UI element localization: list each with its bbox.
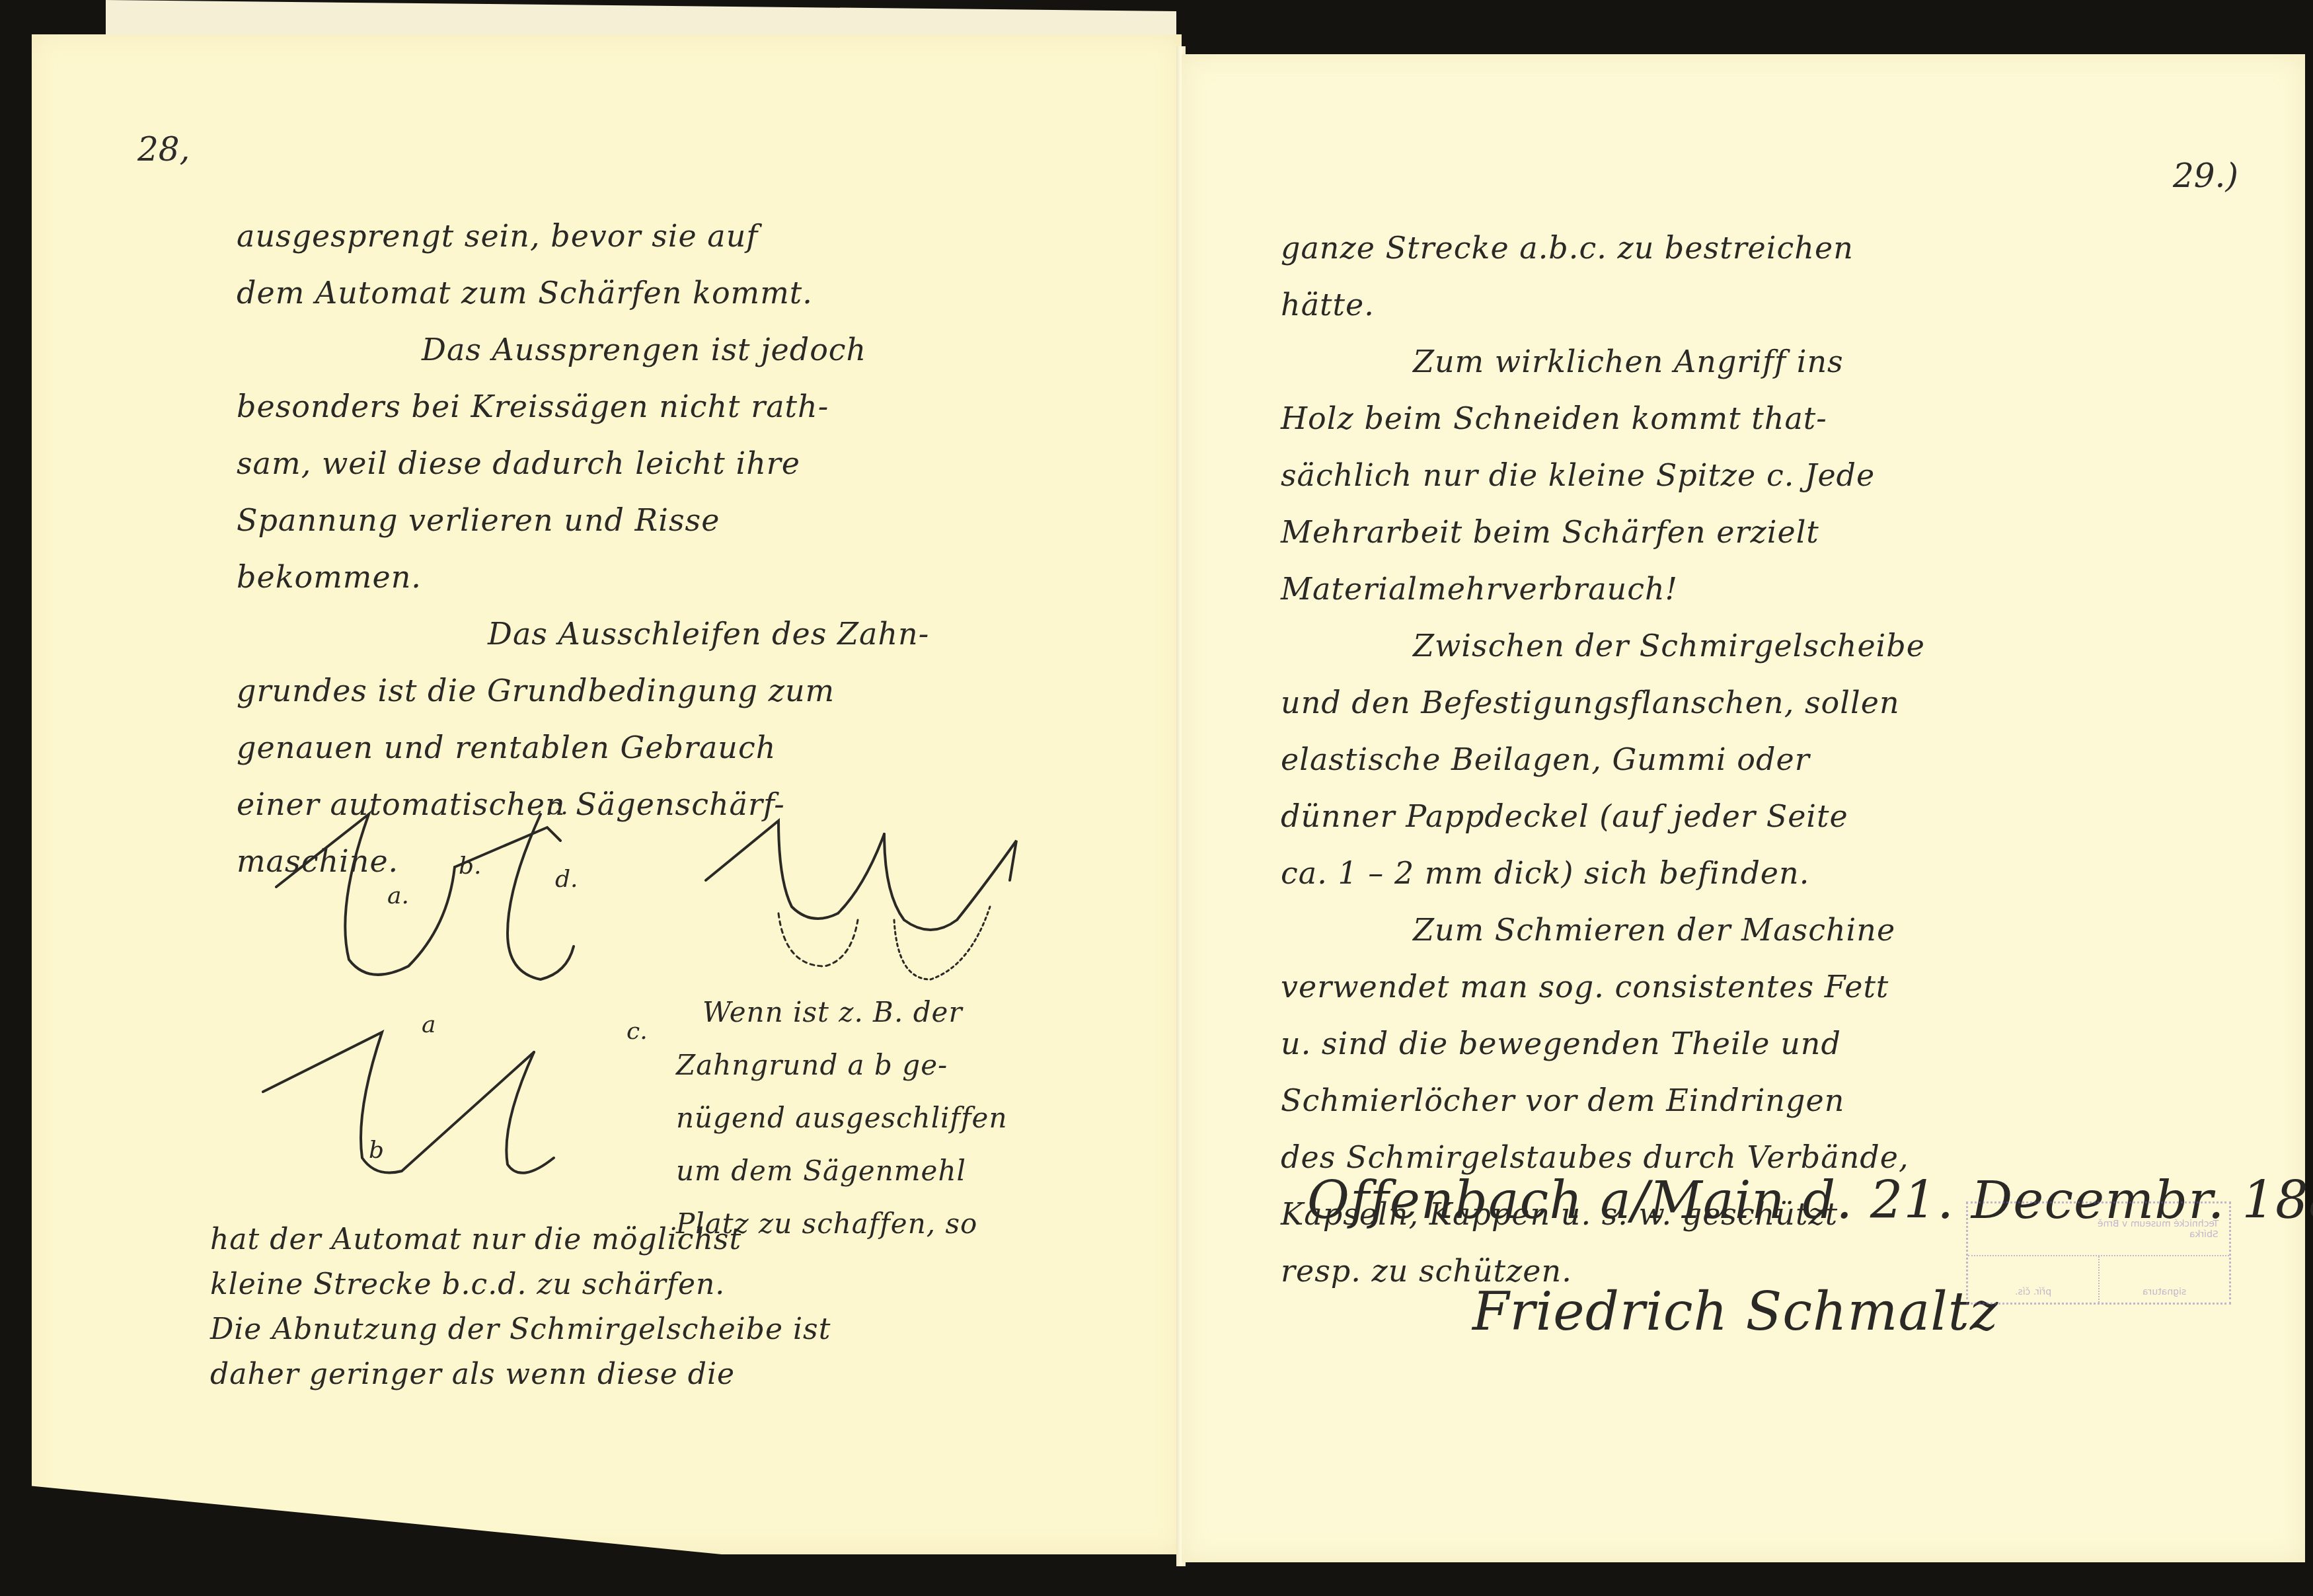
- text-line: Schmierlöcher vor dem Eindringen: [1281, 1072, 1925, 1129]
- text-line: Das Ausschleifen des Zahn-: [237, 605, 929, 662]
- label-c: c.: [547, 793, 568, 820]
- page-number-left: 28,: [137, 130, 190, 169]
- text-line: um dem Sägenmehl: [676, 1145, 1008, 1197]
- text-line: Mehrarbeit beim Schärfen erzielt: [1281, 504, 1925, 560]
- text-line: Zum wirklichen Angriff ins: [1281, 333, 1925, 390]
- label-a-bottom: a: [422, 1011, 436, 1038]
- text-line: genauen und rentablen Gebrauch: [237, 719, 929, 776]
- text-line: ca. 1 – 2 mm dick) sich befinden.: [1281, 845, 1925, 901]
- library-stamp: Technické museum v Brně Sbírka přír. čís…: [1966, 1201, 2231, 1305]
- label-b-bottom: b: [369, 1137, 384, 1164]
- text-line: ganze Strecke a.b.c. zu bestreichen: [1281, 219, 1925, 276]
- text-line: Wenn ist z. B. der: [676, 986, 1008, 1039]
- stamp-cell: signatura: [2142, 1287, 2186, 1297]
- label-b: b.: [459, 853, 482, 880]
- text-line: verwendet man sog. consistentes Fett: [1281, 958, 1925, 1015]
- stamp-cell: přír. čís.: [2015, 1287, 2051, 1297]
- text-line: u. sind die bewegenden Theile und: [1281, 1015, 1925, 1072]
- text-line: sächlich nur die kleine Spitze c. Jede: [1281, 447, 1925, 504]
- text-line: Das Aussprengen ist jedoch: [237, 321, 929, 378]
- label-a: a.: [387, 882, 409, 909]
- text-line: und den Befestigungsflanschen, sollen: [1281, 674, 1925, 731]
- text-line: elastische Beilagen, Gummi oder: [1281, 731, 1925, 788]
- text-line: sam, weil diese dadurch leicht ihre: [237, 435, 929, 492]
- text-line: kleine Strecke b.c.d. zu schärfen.: [210, 1262, 831, 1307]
- text-line: bekommen.: [237, 549, 929, 605]
- label-d: d.: [555, 866, 578, 893]
- side-text-block: Wenn ist z. B. der Zahngrund a b ge- nüg…: [676, 986, 1008, 1250]
- right-page: 29.) ganze Strecke a.b.c. zu bestreichen…: [1182, 54, 2305, 1562]
- text-line: ausgesprengt sein, bevor sie auf: [237, 208, 929, 264]
- stamp-line: Sbírka: [2189, 1229, 2218, 1240]
- right-text-block: ganze Strecke a.b.c. zu bestreichen hätt…: [1281, 219, 1925, 1299]
- text-line: Zwischen der Schmirgelscheibe: [1281, 617, 1925, 674]
- text-line: hätte.: [1281, 276, 1925, 333]
- text-line: daher geringer als wenn diese die: [210, 1352, 831, 1397]
- text-line: besonders bei Kreissägen nicht rath-: [237, 378, 929, 435]
- text-line: nügend ausgeschliffen: [676, 1092, 1008, 1145]
- text-line: hat der Automat nur die möglichst: [210, 1217, 831, 1262]
- text-line: Spannung verlieren und Risse: [237, 492, 929, 549]
- text-line: Zum Schmieren der Maschine: [1281, 901, 1925, 958]
- page-number-right: 29.): [2173, 157, 2238, 195]
- text-line: Holz beim Schneiden kommt that-: [1281, 390, 1925, 447]
- text-line: dem Automat zum Schärfen kommt.: [237, 264, 929, 321]
- signature: Friedrich Schmaltz: [1472, 1283, 1998, 1340]
- left-page: 28, ausgesprengt sein, bevor sie auf dem…: [32, 34, 1182, 1554]
- text-line: dünner Pappdeckel (auf jeder Seite: [1281, 788, 1925, 845]
- text-line: Die Abnutzung der Schmirgelscheibe ist: [210, 1307, 831, 1352]
- text-line: Materialmehrverbrauch!: [1281, 560, 1925, 617]
- closing-text-block: hat der Automat nur die möglichst kleine…: [210, 1217, 831, 1397]
- label-c-bottom: c.: [626, 1018, 648, 1045]
- text-line: grundes ist die Grundbedingung zum: [237, 662, 929, 719]
- stamp-line: Technické museum v Brně: [2098, 1219, 2218, 1229]
- text-line: Zahngrund a b ge-: [676, 1039, 1008, 1092]
